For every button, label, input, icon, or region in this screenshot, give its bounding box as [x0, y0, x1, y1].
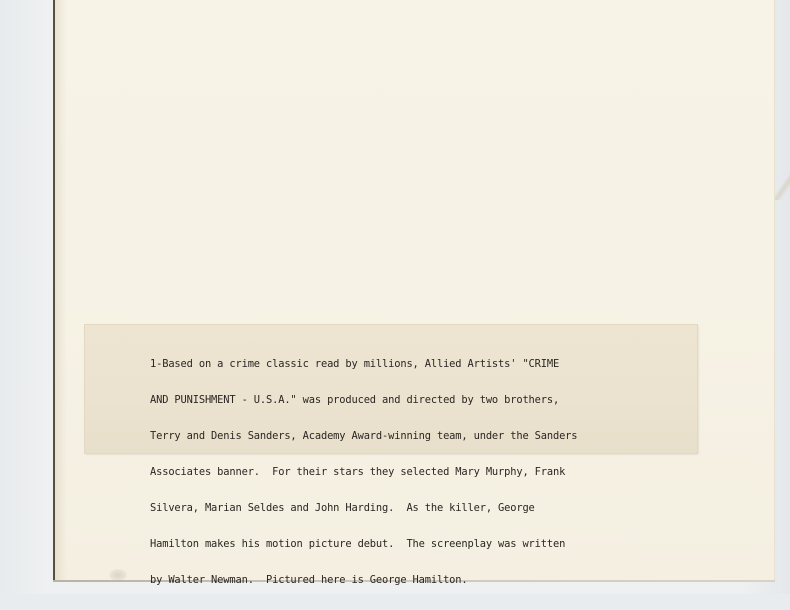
caption-text: 1-Based on a crime classic read by milli…: [150, 334, 577, 594]
caption-line: AND PUNISHMENT - U.S.A." was produced an…: [150, 394, 577, 406]
caption-label-slip: 1-Based on a crime classic read by milli…: [85, 325, 697, 453]
caption-line: Hamilton makes his motion picture debut.…: [150, 538, 577, 550]
caption-line: Terry and Denis Sanders, Academy Award-w…: [150, 430, 577, 442]
paper-crease: [775, 130, 790, 200]
caption-line: by Walter Newman. Pictured here is Georg…: [150, 574, 577, 586]
caption-line: 1-Based on a crime classic read by milli…: [150, 358, 577, 370]
caption-line: Associates banner. For their stars they …: [150, 466, 577, 478]
corner-stamp-mark: [109, 569, 127, 581]
caption-line: Silvera, Marian Seldes and John Harding.…: [150, 502, 577, 514]
